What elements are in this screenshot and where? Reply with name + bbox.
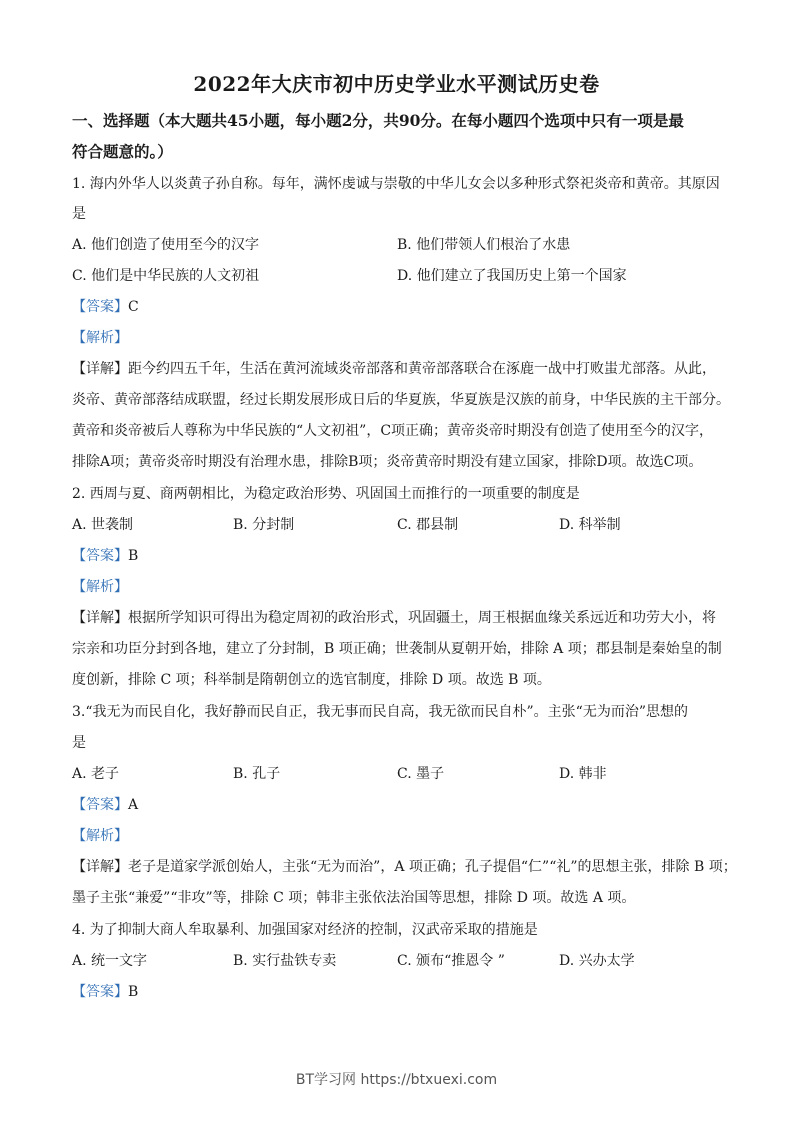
question-1-option-b: B. 他们带领人们根治了水患 [397,235,570,255]
section-heading-line-2: 符合题意的。） [72,136,732,167]
answer-label: 【答案】 [72,984,128,1000]
question-3-option-b: B. 孔子 [233,764,280,784]
question-2-option-c: C. 郡县制 [397,515,458,535]
question-2-option-d: D. 科举制 [559,515,621,535]
question-2-option-b: B. 分封制 [233,515,294,535]
question-4-option-b: B. 实行盐铁专卖 [233,951,336,971]
answer-label: 【答案】 [72,548,128,564]
question-3-detail-line-2: 墨子主张“兼爱”“非攻”等，排除 C 项；韩非主张依法治国等思想，排除 D 项。… [72,888,635,908]
question-3-answer: 【答案】A [72,795,138,815]
question-1-stem-line-1: 1. 海内外华人以炎黄子孙自称。每年，满怀虔诚与崇敬的中华儿女会以多种形式祭祀炎… [72,174,720,194]
question-2-detail-line-1: 【详解】根据所学知识可得出为稳定周初的政治形式，巩固疆土，周王根据血缘关系远近和… [72,608,716,628]
detail-text: 距今约四五千年，生活在黄河流域炎帝部落和黄帝部落联合在涿鹿一战中打败蚩尤部落。从… [128,361,716,377]
page-title: 2022年大庆市初中历史学业水平测试历史卷 [0,68,793,97]
question-3-option-a: A. 老子 [72,764,119,784]
question-4-answer: 【答案】B [72,982,138,1002]
watermark-footer: BT学习网 https://btxuexi.com [0,1069,793,1089]
question-1-analysis: 【解析】 [72,328,128,348]
question-3-detail-line-1: 【详解】老子是道家学派创始人，主张“无为而治”，A 项正确；孔子提倡“仁”“礼”… [72,857,737,877]
analysis-label: 【解析】 [72,330,128,346]
question-1-detail-line-4: 排除A项；黄帝炎帝时期没有治理水患，排除B项；炎帝黄帝时期没有建立国家，排除D项… [72,452,702,472]
section-heading-line-1: 一、选择题（本大题共45小题，每小题2分，共90分。在每小题四个选项中只有一项是… [72,105,732,136]
answer-value: B [128,984,138,1000]
question-1-answer: 【答案】C [72,297,139,317]
answer-value: A [128,797,138,813]
document-page: 2022年大庆市初中历史学业水平测试历史卷 一、选择题（本大题共45小题，每小题… [0,0,793,1122]
question-4-option-a: A. 统一文字 [72,951,147,971]
question-1-stem-line-2: 是 [72,204,86,224]
question-2-answer: 【答案】B [72,546,138,566]
question-1-detail-line-3: 黄帝和炎帝被后人尊称为中华民族的“人文初祖”，C项正确；黄帝炎帝时期没有创造了使… [72,421,713,441]
answer-value: C [128,299,139,315]
question-2-option-a: A. 世袭制 [72,515,133,535]
detail-text: 根据所学知识可得出为稳定周初的政治形式，巩固疆土，周王根据血缘关系远近和功劳大小… [128,610,716,626]
question-3-stem-line-2: 是 [72,733,86,753]
answer-label: 【答案】 [72,299,128,315]
detail-label: 【详解】 [72,859,128,875]
question-3-stem-line-1: 3.“我无为而民自化，我好静而民自正，我无事而民自高，我无欲而民自朴”。主张“无… [72,702,688,722]
answer-value: B [128,548,138,564]
question-3-analysis: 【解析】 [72,826,128,846]
question-1-option-c: C. 他们是中华民族的人文初祖 [72,266,259,286]
analysis-label: 【解析】 [72,579,128,595]
question-1-option-a: A. 他们创造了使用至今的汉字 [72,235,259,255]
detail-label: 【详解】 [72,610,128,626]
question-4-option-d: D. 兴办太学 [559,951,635,971]
question-2-detail-line-2: 宗亲和功臣分封到各地，建立了分封制，B 项正确；世袭制从夏朝开始，排除 A 项；… [72,639,722,659]
question-4-stem: 4. 为了抑制大商人牟取暴利、加强国家对经济的控制，汉武帝采取的措施是 [72,920,538,940]
detail-text: 老子是道家学派创始人，主张“无为而治”，A 项正确；孔子提倡“仁”“礼”的思想主… [128,859,737,875]
question-1-detail-line-1: 【详解】距今约四五千年，生活在黄河流域炎帝部落和黄帝部落联合在涿鹿一战中打败蚩尤… [72,359,716,379]
question-2-stem: 2. 西周与夏、商两朝相比，为稳定政治形势、巩固国土而推行的一项重要的制度是 [72,484,580,504]
question-2-analysis: 【解析】 [72,577,128,597]
question-1-option-d: D. 他们建立了我国历史上第一个国家 [397,266,627,286]
answer-label: 【答案】 [72,797,128,813]
question-2-detail-line-3: 度创新，排除 C 项；科举制是隋朝创立的选官制度，排除 D 项。故选 B 项。 [72,670,551,690]
question-3-option-c: C. 墨子 [397,764,444,784]
question-1-detail-line-2: 炎帝、黄帝部落结成联盟，经过长期发展形成日后的华夏族，华夏族是汉族的前身，中华民… [72,390,730,410]
analysis-label: 【解析】 [72,828,128,844]
question-3-option-d: D. 韩非 [559,764,607,784]
detail-label: 【详解】 [72,361,128,377]
question-4-option-c: C. 颁布“推恩令 ” [397,951,505,971]
